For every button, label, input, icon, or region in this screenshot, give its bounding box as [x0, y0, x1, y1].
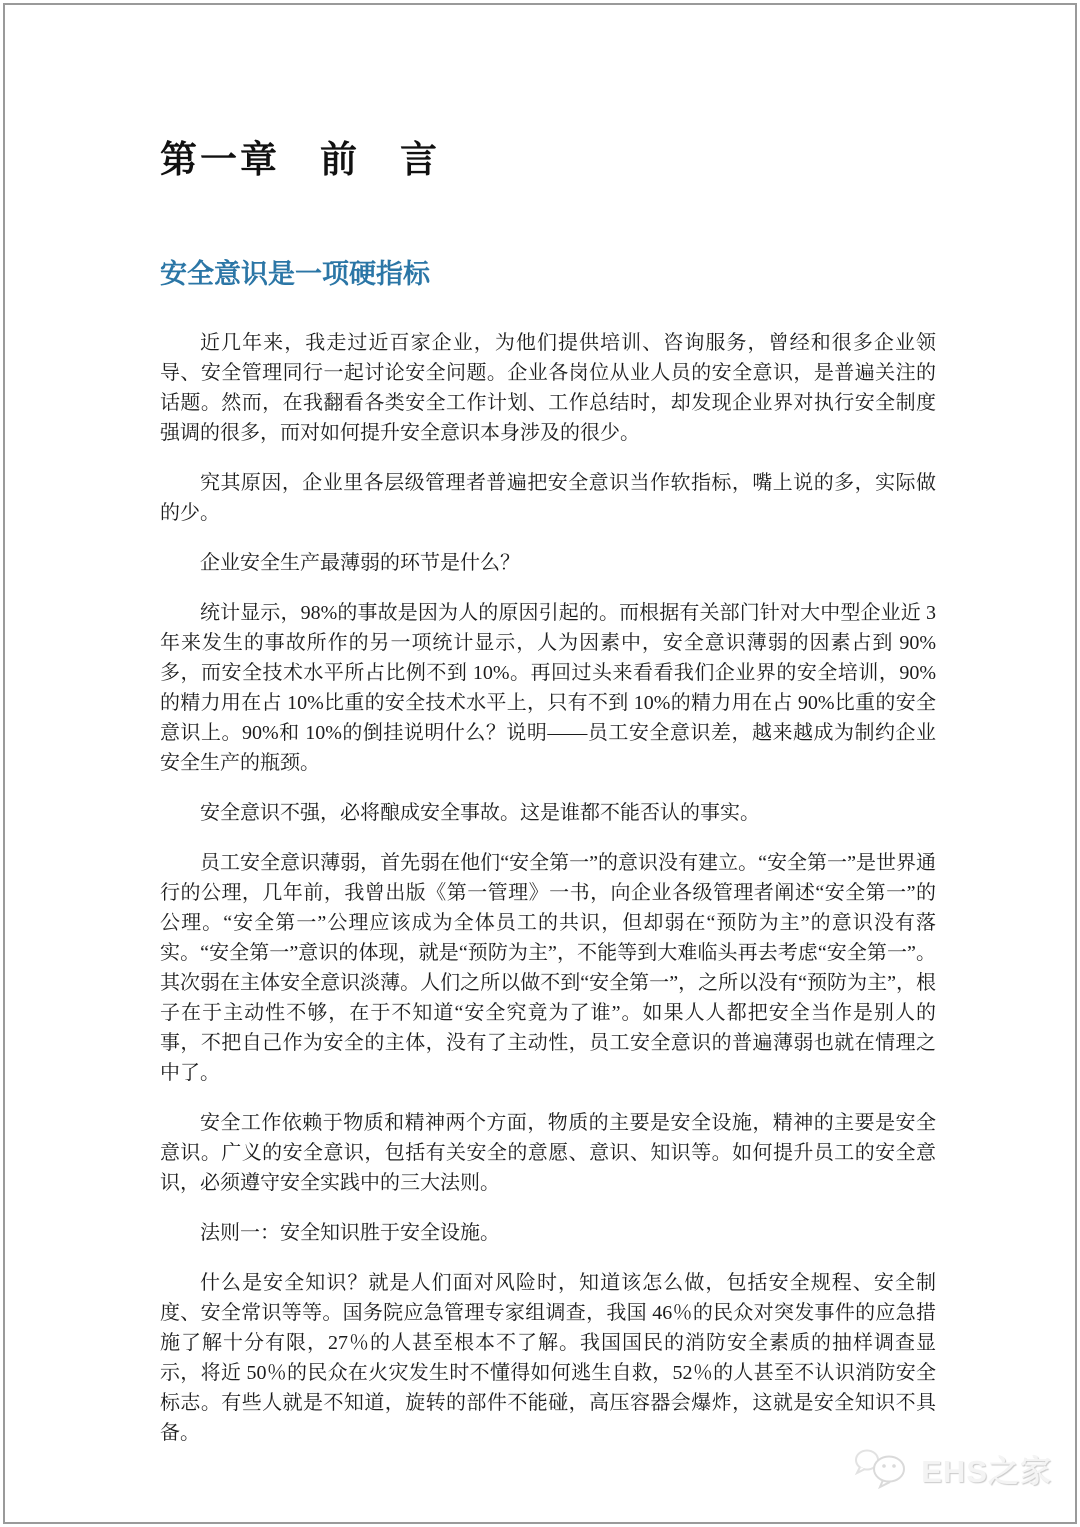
section-heading: 安全意识是一项硬指标 — [160, 258, 936, 290]
paragraph: 安全意识不强，必将酿成安全事故。这是谁都不能否认的事实。 — [160, 798, 936, 828]
paragraph: 近几年来，我走过近百家企业，为他们提供培训、咨询服务，曾经和很多企业领导、安全管… — [160, 328, 936, 448]
paragraph: 员工安全意识薄弱，首先弱在他们“安全第一”的意识没有建立。“安全第一”是世界通行… — [160, 848, 936, 1088]
paragraph: 统计显示，98%的事故是因为人的原因引起的。而根据有关部门针对大中型企业近 3 … — [160, 598, 936, 778]
paragraph: 企业安全生产最薄弱的环节是什么？ — [160, 548, 936, 578]
paragraph: 安全工作依赖于物质和精神两个方面，物质的主要是安全设施，精神的主要是安全意识。广… — [160, 1108, 936, 1198]
page-content: 第一章 前 言 安全意识是一项硬指标 近几年来，我走过近百家企业，为他们提供培训… — [0, 0, 1080, 1448]
body-text: 近几年来，我走过近百家企业，为他们提供培训、咨询服务，曾经和很多企业领导、安全管… — [160, 328, 936, 1448]
watermark: EHS之家 — [853, 1445, 1052, 1491]
document-page: 第一章 前 言 安全意识是一项硬指标 近几年来，我走过近百家企业，为他们提供培训… — [0, 0, 1080, 1527]
paragraph: 究其原因，企业里各层级管理者普遍把安全意识当作软指标，嘴上说的多，实际做的少。 — [160, 468, 936, 528]
paragraph: 法则一：安全知识胜于安全设施。 — [160, 1218, 936, 1248]
wechat-chat-bubbles-icon — [853, 1445, 915, 1491]
paragraph: 什么是安全知识？就是人们面对风险时，知道该怎么做，包括安全规程、安全制度、安全常… — [160, 1268, 936, 1448]
watermark-label: EHS之家 — [921, 1446, 1052, 1491]
chapter-title: 第一章 前 言 — [160, 136, 936, 184]
